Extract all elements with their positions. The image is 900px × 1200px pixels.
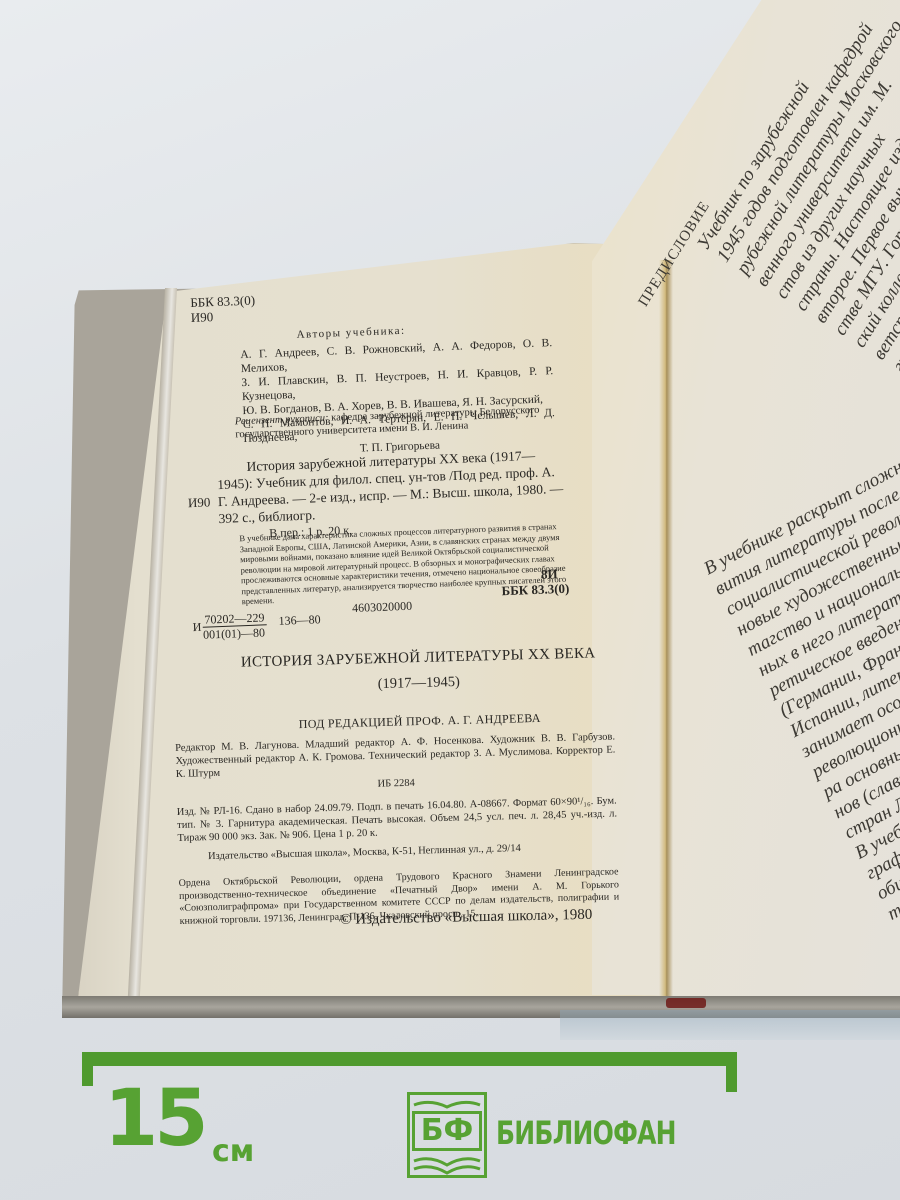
table-surface (560, 1010, 900, 1040)
ruler-tick-left (82, 1052, 93, 1086)
bbk-code-top: ББК 83.3(0) И90 (190, 293, 256, 325)
book-years: (1917—1945) (229, 670, 609, 697)
ruler-tick-right (726, 1052, 737, 1092)
fraction-denominator: 001(01)—80 (203, 625, 267, 641)
publication-data: Изд. № РЛ-16. Сдано в набор 24.09.79. По… (177, 794, 618, 845)
ruler-bar (82, 1052, 737, 1066)
book-gutter (659, 260, 673, 1010)
bbk-code-bottom: ББК 83.3(0) (501, 581, 569, 600)
credits-block: Редактор М. В. Лагунова. Младший редакто… (175, 730, 620, 927)
title-block: ИСТОРИЯ ЗАРУБЕЖНОЙ ЛИТЕРАТУРЫ XX ВЕКА (1… (228, 645, 610, 734)
number-code: 4603020000 (352, 599, 413, 616)
ruler-unit: см (212, 1134, 254, 1169)
binding-headband (666, 998, 706, 1008)
author-index: И90 (191, 308, 256, 325)
bibliofan-logo-icon: БФ (407, 1092, 487, 1178)
reviewer-label: Рецензент рукописи: (235, 413, 329, 428)
catalog-index: И90 (188, 493, 211, 511)
fraction-suffix: 136—80 (278, 612, 321, 629)
photo-scene: ББК 83.3(0) И90 Авторы учебника: А. Г. А… (0, 0, 900, 1200)
catalog-fraction: И 70202—229 001(01)—80 (202, 610, 267, 641)
authors-list: А. Г. Андреев, С. В. Рожновский, А. А. Ф… (240, 336, 556, 460)
ruler-length: 15 (104, 1080, 205, 1158)
fraction-prefix: И (192, 620, 201, 634)
logo-letters: БФ (412, 1111, 482, 1151)
bbk-code: ББК 83.3(0) (190, 293, 255, 310)
brand-name: БИБЛИОФАН (496, 1114, 676, 1152)
